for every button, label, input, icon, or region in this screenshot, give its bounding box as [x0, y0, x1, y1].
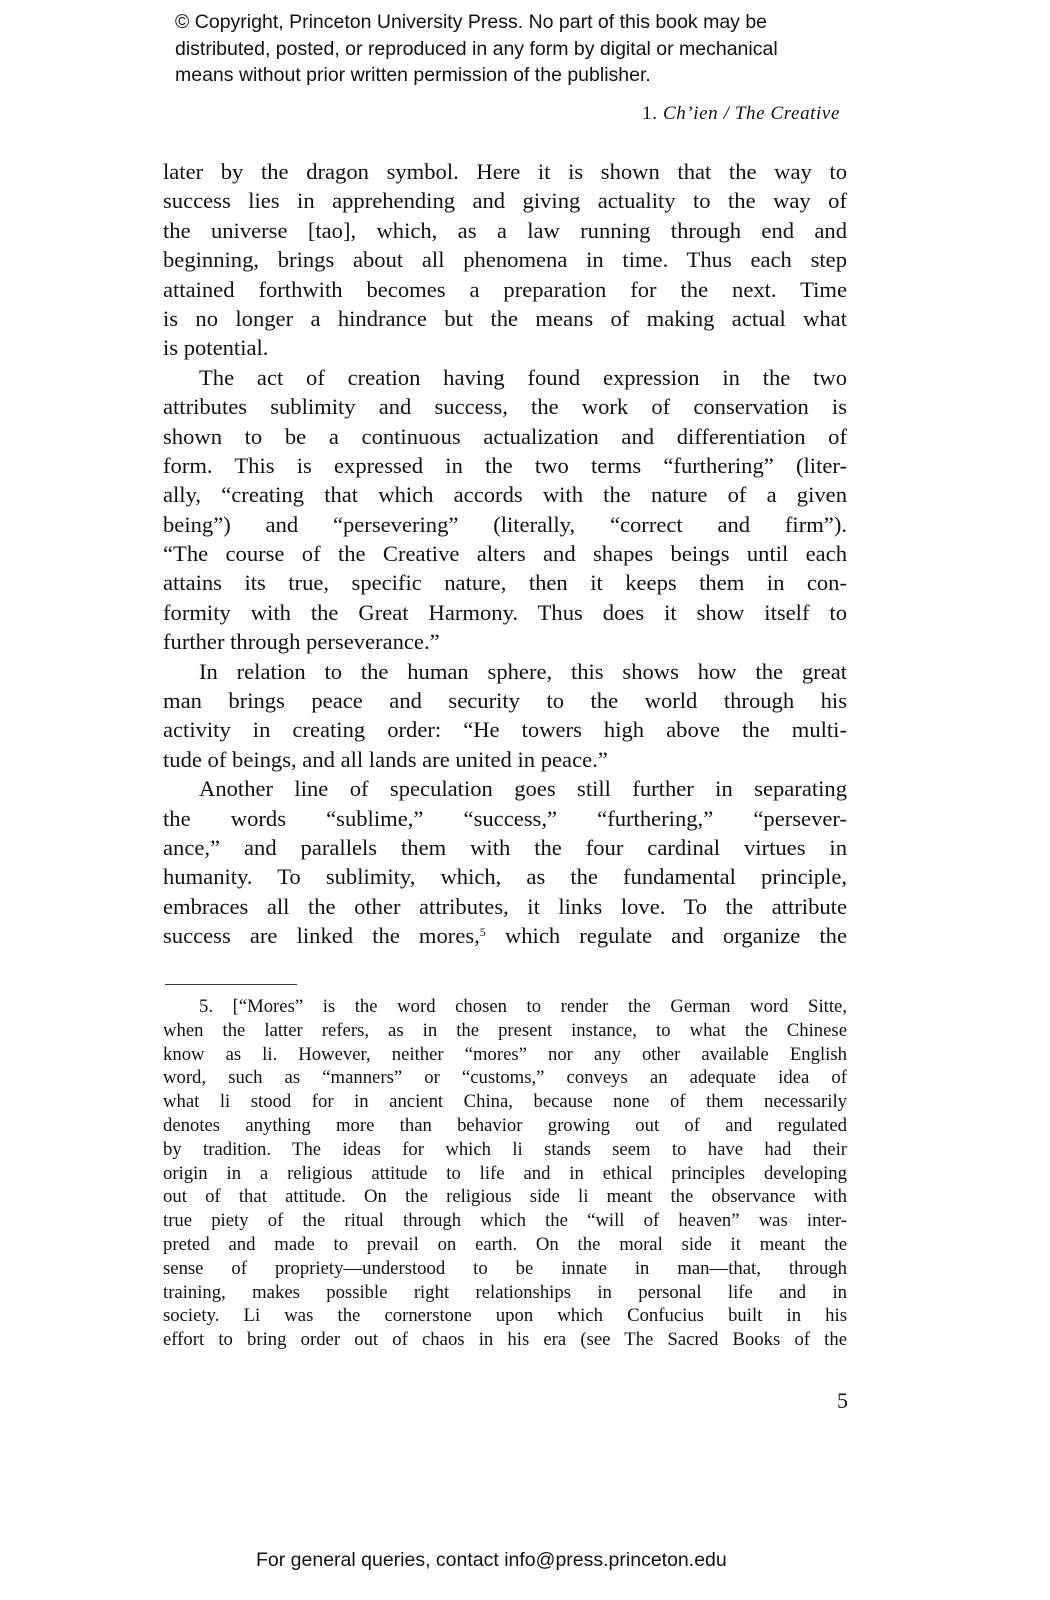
text-line: form. This is expressed in the two terms…	[163, 451, 847, 480]
text-line: success lies in apprehending and giving …	[163, 186, 847, 215]
footnote-line: true piety of the ritual through which t…	[163, 1209, 847, 1233]
text-line: man brings peace and security to the wor…	[163, 686, 847, 715]
footnote-line: preted and made to prevail on earth. On …	[163, 1233, 847, 1257]
text-line: being”) and “persevering” (literally, “c…	[163, 510, 847, 539]
text-line: shown to be a continuous actualization a…	[163, 422, 847, 451]
text-segment: success are linked the mores,	[163, 923, 480, 948]
text-line: is potential.	[163, 333, 847, 362]
text-line: formity with the Great Harmony. Thus doe…	[163, 598, 847, 627]
footnote: 5. [“Mores” is the word chosen to render…	[163, 995, 847, 1352]
footnote-line: when the latter refers, as in the presen…	[163, 1019, 847, 1043]
footnote-reference[interactable]: 5	[480, 925, 486, 939]
paragraph-start-line: Another line of speculation goes still f…	[163, 774, 847, 803]
footnote-line: what li stood for in ancient China, beca…	[163, 1090, 847, 1114]
text-line: embraces all the other attributes, it li…	[163, 892, 847, 921]
footnote-line: word, such as “manners” or “customs,” co…	[163, 1066, 847, 1090]
footnote-line: effort to bring order out of chaos in hi…	[163, 1328, 847, 1352]
text-line: attributes sublimity and success, the wo…	[163, 392, 847, 421]
footnote-divider	[165, 984, 297, 985]
text-line: beginning, brings about all phenomena in…	[163, 245, 847, 274]
text-line: attained forthwith becomes a preparation…	[163, 275, 847, 304]
footnote-line: origin in a religious attitude to life a…	[163, 1162, 847, 1186]
running-head: 1. Ch’ien / The Creative	[642, 103, 840, 125]
copyright-line: means without prior written permission o…	[175, 62, 895, 89]
text-line: “The course of the Creative alters and s…	[163, 539, 847, 568]
paragraph-start-line: In relation to the human sphere, this sh…	[163, 657, 847, 686]
text-segment: which regulate and organize the	[505, 923, 847, 948]
copyright-line: © Copyright, Princeton University Press.…	[175, 9, 895, 36]
copyright-line: distributed, posted, or reproduced in an…	[175, 36, 895, 63]
text-line: later by the dragon symbol. Here it is s…	[163, 157, 847, 186]
footnote-line: know as li. However, neither “mores” nor…	[163, 1043, 847, 1067]
contact-footer: For general queries, contact info@press.…	[256, 1549, 727, 1572]
body-text: later by the dragon symbol. Here it is s…	[163, 157, 847, 951]
text-line: ally, “creating that which accords with …	[163, 480, 847, 509]
copyright-notice: © Copyright, Princeton University Press.…	[175, 9, 895, 89]
footnote-line: denotes anything more than behavior grow…	[163, 1114, 847, 1138]
text-line: tude of beings, and all lands are united…	[163, 745, 847, 774]
paragraph-start-line: The act of creation having found express…	[163, 363, 847, 392]
footnote-line: training, makes possible right relations…	[163, 1281, 847, 1305]
text-line: activity in creating order: “He towers h…	[163, 715, 847, 744]
text-line-with-footnote: success are linked the mores,5 which reg…	[163, 921, 847, 950]
footnote-line: out of that attitude. On the religious s…	[163, 1185, 847, 1209]
footnote-line: by tradition. The ideas for which li sta…	[163, 1138, 847, 1162]
text-line: attains its true, specific nature, then …	[163, 568, 847, 597]
chapter-number: 1.	[642, 103, 657, 124]
text-line: further through perseverance.”	[163, 627, 847, 656]
footnote-line: sense of propriety—understood to be inna…	[163, 1257, 847, 1281]
footnote-line: society. Li was the cornerstone upon whi…	[163, 1304, 847, 1328]
text-line: is no longer a hindrance but the means o…	[163, 304, 847, 333]
text-line: humanity. To sublimity, which, as the fu…	[163, 862, 847, 891]
text-line: ance,” and parallels them with the four …	[163, 833, 847, 862]
page-number: 5	[728, 1388, 848, 1414]
chapter-title: Ch’ien / The Creative	[663, 103, 840, 124]
footnote-line: 5. [“Mores” is the word chosen to render…	[163, 995, 847, 1019]
text-line: the words “sublime,” “success,” “further…	[163, 804, 847, 833]
text-line: the universe [tao], which, as a law runn…	[163, 216, 847, 245]
